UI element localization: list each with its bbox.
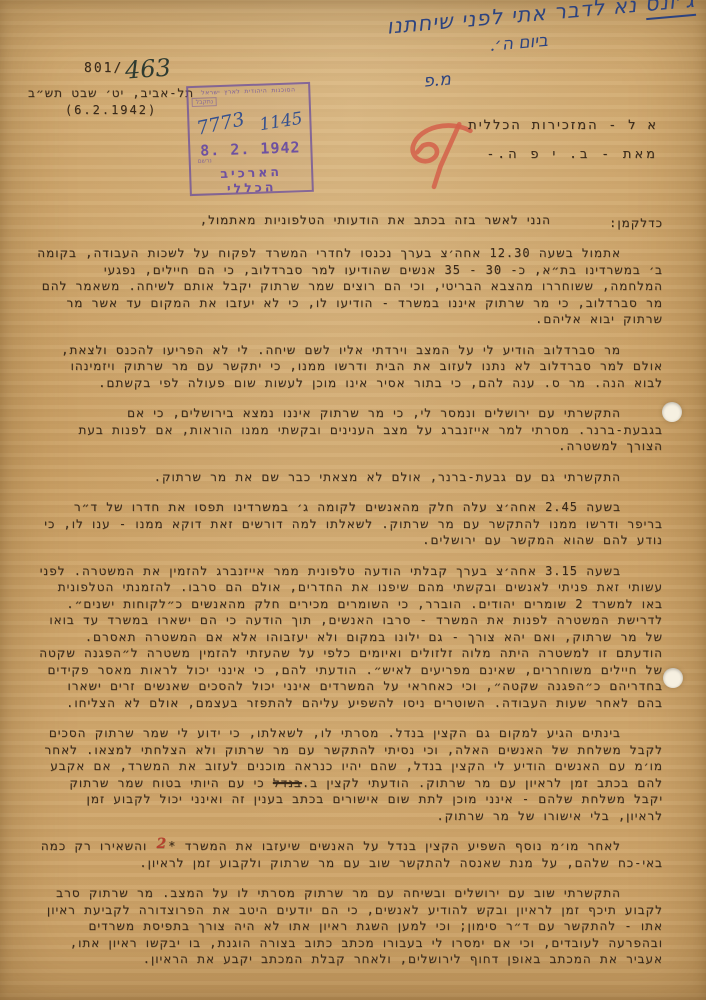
stamp-archive-label: הארכיב הכללי	[194, 163, 309, 197]
stamp-number-left: 1145	[258, 109, 304, 136]
struck-out-word: בנדל	[273, 776, 302, 790]
paragraph-closing: התקשרתי שוב עם ירושלים ובשיחה עם מר שרתו…	[35, 885, 663, 968]
letter-page: ג׳ונס נא לדבר אתי לפני שיחתנו ביום ה׳. מ…	[0, 0, 706, 1000]
stamp-received-label: נתקבל	[192, 97, 218, 107]
reference-number: 801/ 463	[84, 55, 171, 83]
handwritten-note: ג׳ונס נא לדבר אתי לפני שיחתנו ביום ה׳. מ…	[275, 0, 700, 104]
stamp-handwritten-numbers: 1145 7773	[192, 103, 307, 140]
paragraph-officer-bendel: בינתים הגיע למקום גם הקצין בנדל. מסרתי ל…	[35, 725, 663, 824]
addressee-from: מאת - ב. י פ ה.-	[468, 147, 658, 162]
stamp-number-right: 7773	[195, 108, 247, 140]
handwritten-insertion-mark: 2	[156, 836, 169, 852]
paragraph-police-called: בשעה 3.15 אחה׳צ בערך קבלתי הודעה טלפונית…	[35, 563, 663, 712]
dateline: תל-אביב, יט׳ שבט תש״ב (6.2.1942)	[28, 86, 194, 117]
letter-body: הנני לאשר בזה בכתב את הודעותי הטלפוניות …	[35, 212, 663, 982]
paragraph-incident-start: אתמול בשעה 12.30 אחה׳צ בערך נכנסו לחדרי …	[35, 245, 663, 328]
archive-stamp: הסוכנות היהודית לארץ ישראל נתקבל 1145 77…	[186, 82, 314, 196]
reference-typed: 801/	[84, 55, 123, 76]
paragraph-sverdlov-report: מר סברדלוב הודיע לי על המצב וירדתי אליו …	[35, 342, 663, 392]
handwritten-underlined-word: ג׳ונס	[644, 0, 696, 20]
dateline-gregorian: (6.2.1942)	[28, 103, 194, 117]
red-pencil-mark	[392, 118, 476, 194]
dateline-hebrew: תל-אביב, יט׳ שבט תש״ב	[28, 86, 194, 100]
punch-hole-top	[662, 402, 682, 422]
paragraph-third-floor: בשעה 2.45 אחה׳צ עלה חלק מהאנשים לקומה ג׳…	[35, 499, 663, 549]
addressee-block: א ל - המזכירות הכללית מאת - ב. י פ ה.-	[468, 118, 658, 162]
paragraph-givat-brenner: התקשרתי גם עם גבעת-ברנר, אולם לא מצאתי כ…	[35, 469, 663, 486]
punch-hole-bottom	[663, 668, 683, 688]
reference-handwritten: 463	[124, 53, 172, 84]
paragraph-jerusalem-call: התקשרתי עם ירושלים ונמסר לי, כי מר שרתוק…	[35, 405, 663, 455]
addressee-to: א ל - המזכירות הכללית	[468, 118, 658, 133]
paragraph-evacuation-pre: לאחר מו׳מ נוסף השפיע הקצין בנדל על האנשי…	[168, 839, 621, 853]
paragraph-evacuation: לאחר מו׳מ נוסף השפיע הקצין בנדל על האנשי…	[35, 838, 663, 871]
